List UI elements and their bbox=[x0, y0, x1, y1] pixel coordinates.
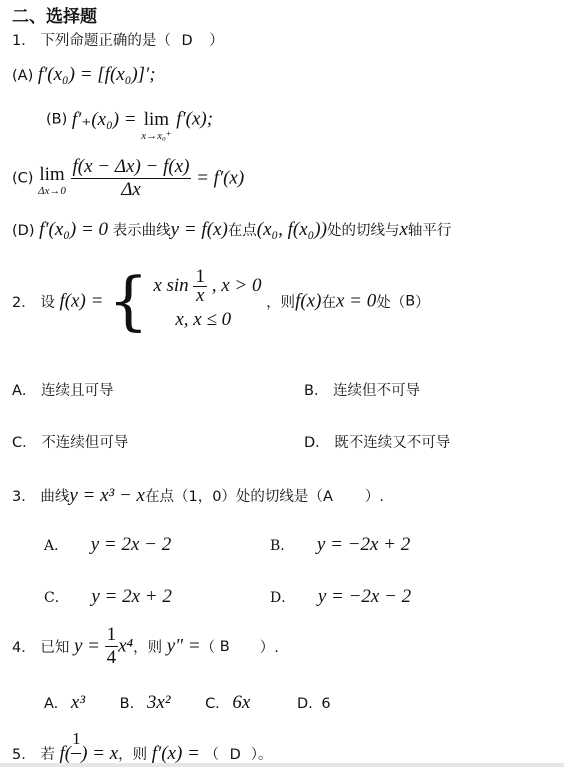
option-label: A． bbox=[12, 383, 36, 399]
numerator: 1 bbox=[72, 729, 81, 749]
case-2: x, x ≤ 0 bbox=[153, 305, 261, 335]
limit: lim x→x₀⁺ bbox=[141, 112, 171, 144]
function-close: ) = x bbox=[81, 743, 118, 764]
option-text: 既不连续又不可导 bbox=[334, 435, 450, 451]
option-label: (C) bbox=[12, 171, 33, 187]
open-paren: （ bbox=[201, 640, 216, 656]
question-number: 5． bbox=[12, 747, 36, 763]
text-1: 表示曲线 bbox=[113, 223, 171, 239]
piecewise-cases: x sin 1 x , x > 0 x, x ≤ 0 bbox=[153, 268, 261, 335]
question-text: ，则 bbox=[133, 640, 162, 656]
question-text: ，则 bbox=[118, 747, 147, 763]
option-label: C． bbox=[12, 435, 37, 451]
q1-option-d: (D) f′(x₀) = 0 表示曲线y = f(x)在点(x₀, f(x₀))… bbox=[12, 219, 451, 241]
q1-option-b: (B) f′₊(x₀) = lim x→x₀⁺ f′(x); bbox=[46, 108, 213, 144]
open-paren: （ bbox=[204, 747, 219, 763]
question-text: 曲线 bbox=[40, 489, 69, 505]
answer: D bbox=[181, 33, 192, 49]
option-label: C. bbox=[205, 696, 220, 712]
numerator: f(x − Δx) − f(x) bbox=[71, 156, 192, 179]
q2-option-c: C． 不连续但可导 bbox=[12, 431, 128, 452]
function: f(x) bbox=[295, 291, 321, 312]
case-1-condition: , x > 0 bbox=[212, 275, 262, 296]
fraction: 1 x bbox=[193, 268, 207, 305]
fraction: 1 bbox=[71, 743, 81, 765]
question-4-stem: 4． 已知 y = 1 4 x⁴，则 y″ =（ B）. bbox=[12, 624, 279, 669]
close-paren: ） bbox=[209, 33, 224, 49]
answer: A bbox=[323, 489, 333, 505]
close-paren: ）。 bbox=[251, 747, 273, 763]
question-text: 下列命题正确的是（ bbox=[40, 33, 171, 49]
case-1: x sin 1 x , x > 0 bbox=[153, 268, 261, 305]
question-1-stem: 1． 下列命题正确的是（ D ） bbox=[12, 29, 224, 50]
answer: B bbox=[405, 294, 415, 310]
question-2-stem: 2． 设 f(x) = { x sin 1 x , x > 0 x, x ≤ 0… bbox=[12, 268, 430, 335]
left-brace: { bbox=[108, 265, 149, 339]
close-paren: ）. bbox=[260, 640, 279, 656]
q1-option-c: (C) lim Δx→0 f(x − Δx) − f(x) Δx = f′(x) bbox=[12, 156, 244, 201]
lim-text: lim bbox=[38, 167, 66, 183]
math-1: f′(x₀) = 0 bbox=[39, 219, 108, 240]
q2-option-d: D． 既不连续又不可导 bbox=[304, 431, 450, 452]
question-text: 在 bbox=[321, 295, 336, 311]
option-math-right: f′(x); bbox=[176, 109, 213, 130]
option-label: B． bbox=[270, 538, 294, 554]
close-paren: ）. bbox=[365, 489, 384, 505]
question-number: 4． bbox=[12, 640, 36, 656]
option-math: 3x² bbox=[147, 692, 171, 713]
option-label: A． bbox=[44, 538, 68, 554]
question-text: ，则 bbox=[266, 295, 295, 311]
math-4: x bbox=[399, 219, 407, 240]
answer: D bbox=[230, 747, 241, 763]
numerator: 1 bbox=[105, 624, 119, 647]
q3-option-c: C． y = 2x + 2 bbox=[44, 586, 172, 608]
q4-options: A. x³ B. 3x² C. 6x D. 6 bbox=[44, 692, 331, 714]
section-title: 二、选择题 bbox=[12, 2, 97, 27]
option-math: 6x bbox=[232, 692, 250, 713]
option-label: B. bbox=[120, 696, 135, 712]
option-text: 连续但不可导 bbox=[333, 383, 420, 399]
question-5-stem: 5． 若 f(1) = x，则 f′(x) = （ D）。 bbox=[12, 743, 273, 765]
question-text: 若 bbox=[40, 747, 55, 763]
text-3: 处的切线与 bbox=[327, 223, 400, 239]
function-open: f( bbox=[59, 743, 71, 764]
option-text: 连续且可导 bbox=[41, 383, 114, 399]
denominator: 4 bbox=[105, 647, 119, 669]
lim-text: lim bbox=[141, 112, 171, 128]
q2-option-a: A． 连续且可导 bbox=[12, 379, 114, 400]
option-math: f′(x₀) = [f(x₀)]′; bbox=[38, 64, 156, 85]
answer: B bbox=[220, 639, 230, 655]
y-equals: y = bbox=[74, 636, 100, 657]
option-text: 不连续但可导 bbox=[41, 435, 128, 451]
point: x = 0 bbox=[336, 291, 376, 312]
denominator: Δx bbox=[71, 179, 192, 201]
fraction: 1 4 bbox=[105, 624, 119, 669]
option-label: A. bbox=[44, 696, 58, 712]
limit: lim Δx→0 bbox=[38, 167, 66, 199]
question-number: 1． bbox=[12, 33, 36, 49]
derivative: f′(x) = bbox=[152, 743, 200, 764]
power-term: x⁴ bbox=[118, 636, 133, 657]
rhs: = f′(x) bbox=[196, 168, 244, 189]
q1-option-a: (A) f′(x₀) = [f(x₀)]′; bbox=[12, 64, 156, 86]
option-label: D． bbox=[270, 590, 295, 606]
text-2: 在点 bbox=[228, 223, 257, 239]
function-lhs: f(x) = bbox=[59, 291, 103, 312]
question-text: 已知 bbox=[40, 640, 69, 656]
question-number: 3． bbox=[12, 489, 36, 505]
option-math: y = −2x − 2 bbox=[318, 586, 411, 607]
option-label: D. bbox=[297, 696, 313, 712]
option-label: B． bbox=[304, 383, 328, 399]
q3-option-b: B． y = −2x + 2 bbox=[270, 534, 410, 556]
close-paren: ） bbox=[415, 295, 430, 311]
option-label: (D) bbox=[12, 223, 34, 239]
fraction: f(x − Δx) − f(x) Δx bbox=[71, 156, 192, 201]
fraction-bar bbox=[71, 753, 81, 754]
question-number: 2． bbox=[12, 295, 36, 311]
question-3-stem: 3． 曲线y = x³ − x在点（1，0）处的切线是（A）. bbox=[12, 485, 384, 507]
q3-option-a: A． y = 2x − 2 bbox=[44, 534, 171, 556]
option-math: x³ bbox=[71, 692, 85, 713]
question-text: 处（ bbox=[376, 295, 405, 311]
option-math: 6 bbox=[321, 696, 330, 712]
q2-option-b: B． 连续但不可导 bbox=[304, 379, 420, 400]
option-label: C． bbox=[44, 590, 69, 606]
text-4: 轴平行 bbox=[408, 223, 452, 239]
case-1-expr: x sin bbox=[153, 275, 188, 296]
option-math-left: f′₊(x₀) = bbox=[72, 109, 137, 130]
option-math: y = −2x + 2 bbox=[317, 534, 410, 555]
second-derivative: y″ = bbox=[167, 636, 201, 657]
q3-option-d: D． y = −2x − 2 bbox=[270, 586, 411, 608]
question-text: 在点（1，0）处的切线是（ bbox=[145, 489, 323, 505]
option-math: y = 2x − 2 bbox=[91, 534, 172, 555]
option-label: (A) bbox=[12, 68, 33, 84]
lim-subscript: Δx→0 bbox=[38, 183, 66, 199]
option-math: y = 2x + 2 bbox=[91, 586, 172, 607]
question-text: 设 bbox=[40, 295, 55, 311]
page-bottom-edge bbox=[0, 763, 564, 767]
option-label: D． bbox=[304, 435, 330, 451]
option-label: (B) bbox=[46, 112, 67, 128]
lim-subscript: x→x₀⁺ bbox=[141, 128, 171, 144]
curve-equation: y = x³ − x bbox=[69, 485, 145, 506]
math-2: y = f(x) bbox=[171, 219, 228, 240]
math-3: (x₀, f(x₀)) bbox=[257, 219, 327, 240]
denominator: x bbox=[193, 287, 207, 305]
